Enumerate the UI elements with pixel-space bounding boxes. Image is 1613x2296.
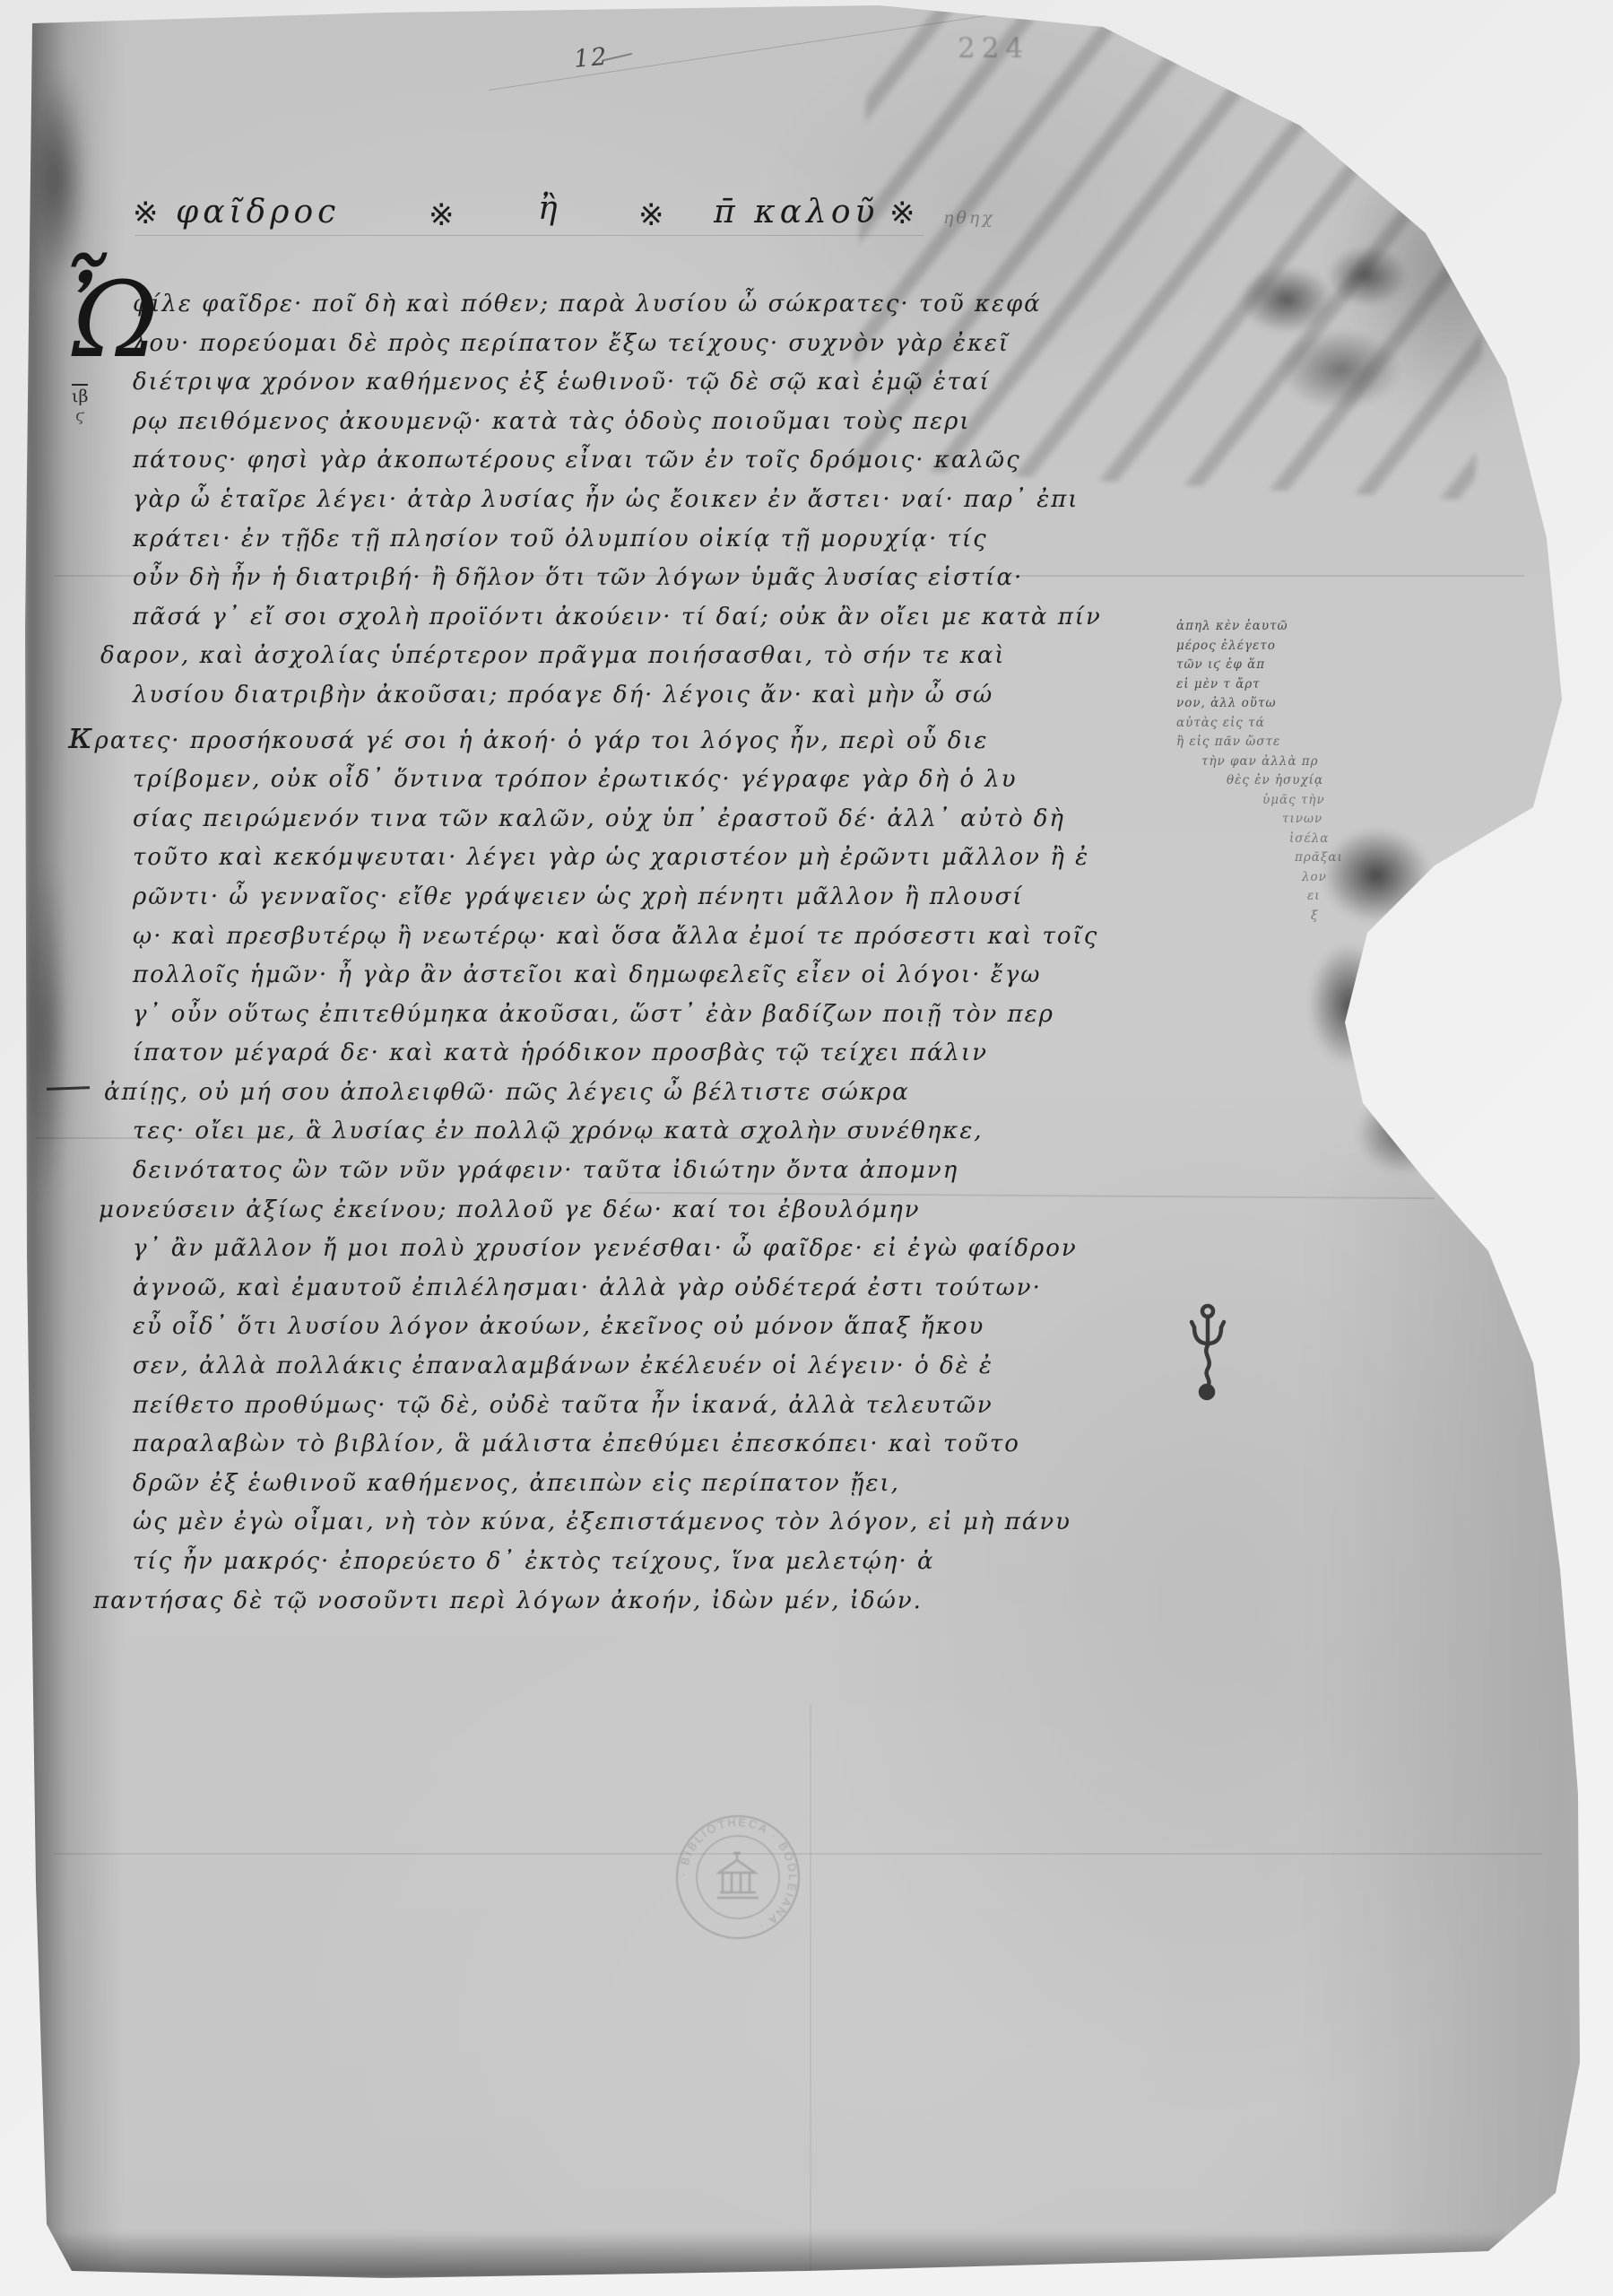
text-line: λου· πορεύομαι δὲ πρὸς περίπατον ἔξω τεί…	[56, 325, 1185, 364]
scholion-line: ἢ εἰς πᾶν ὥστε	[1176, 733, 1409, 752]
photo-background: 12 224 ※ φαῖδροϲ ※ ἢ ※ π̄ καλοῦ ※ ηθηχ ι…	[0, 0, 1613, 2296]
scholion-line: ἀπηλ κὲν ἑαυτῶ	[1176, 617, 1409, 637]
scholion-line: ξ	[1311, 907, 1409, 926]
text-line: πολλοῖς ἡμῶν· ἦ γὰρ ἂν ἀστεῖοι καὶ δημωφ…	[56, 956, 1185, 996]
decorated-initial-omega: Ὦ	[61, 276, 160, 366]
manuscript-page: 12 224 ※ φαῖδροϲ ※ ἢ ※ π̄ καλοῦ ※ ηθηχ ι…	[0, 0, 1613, 2296]
main-text-block: Ὦ φίλε φαῖδρε· ποῖ δὴ καὶ πόθεν; παρὰ λυ…	[56, 285, 1185, 1621]
crease-line	[810, 1704, 811, 2274]
text-line: γ᾽ οὖν οὕτως ἐπιτεθύμηκα ἀκοῦσαι, ὥστ᾽ ἐ…	[56, 996, 1185, 1035]
scholion-line: νον, ἀλλ οὕτω	[1176, 694, 1409, 714]
library-stamp: · BIBLIOTHECA · BODLEIANA ·	[671, 1810, 805, 1944]
text-line: ἀγνοῶ, καὶ ἐμαυτοῦ ἐπιλέλησμαι· ἀλλὰ γὰρ…	[56, 1269, 1185, 1309]
text-line: μονεύσειν ἀξίως ἐκείνου; πολλοῦ γε δέω· …	[56, 1191, 1185, 1231]
text-line: παντήσας δὲ τῷ νοσοῦντι περὶ λόγων ἀκοήν…	[56, 1582, 1185, 1622]
cross-ornament-icon: ※	[133, 196, 159, 231]
text-line: παραλαβὼν τὸ βιβλίον, ἃ μάλιστα ἐπεθύμει…	[56, 1425, 1185, 1465]
folio-number-pencil: 12	[573, 40, 635, 74]
text-line: πᾶσά γ᾽ εἴ σοι σχολὴ προϊόντι ἀκούειν· τ…	[56, 598, 1185, 638]
text-line: δαρον, καὶ ἀσχολίας ὑπέρτερον πρᾶγμα ποι…	[56, 637, 1185, 676]
scholion-line: θὲς ἐν ἡσυχίᾳ	[1227, 771, 1409, 791]
folio-number-value: 12	[573, 43, 610, 74]
text-line: λυσίου διατριβὴν ἀκοῦσαι; πρόαγε δή· λέγ…	[56, 676, 1185, 716]
text-line: τίς ἦν μακρός· ἐπορεύετο δ᾽ ἐκτὸς τείχου…	[56, 1543, 1185, 1582]
cross-ornament-icon: ※	[429, 197, 455, 233]
folio-number-stamped: 224	[958, 32, 1029, 65]
faded-annotation: ηθηχ	[943, 208, 995, 228]
text-line: τρίβομεν, οὐκ οἶδ᾽ ὅντινα τρόπον ἐρωτικό…	[56, 761, 1185, 800]
scholion-line: τινων	[1282, 810, 1409, 830]
scholion-line: εἰ μὲν τ ἄρτ	[1176, 675, 1409, 695]
scholion-line: πρᾶξαι	[1295, 848, 1409, 868]
text-line: δρῶν ἐξ ἑωθινοῦ καθήμενος, ἀπειπὼν εἰς π…	[56, 1465, 1185, 1504]
scholion-line: μέρος ἐλέγετο	[1176, 637, 1409, 657]
text-line: εὖ οἶδ᾽ ὅτι λυσίου λόγον ἀκούων, ἐκεῖνος…	[56, 1308, 1185, 1347]
text-line: ίπατον μέγαρά δε· καὶ κατὰ ἡρόδικον προσ…	[56, 1034, 1185, 1074]
edge-discoloration	[1318, 1166, 1605, 2287]
text-line: φίλε φαῖδρε· ποῖ δὴ καὶ πόθεν; παρὰ λυσί…	[56, 285, 1185, 325]
text-line: σεν, ἀλλὰ πολλάκις ἐπαναλαμβάνων ἐκέλευέ…	[56, 1347, 1185, 1387]
text-line: σίας πειρώμενόν τινα τῶν καλῶν, οὐχ ὑπ᾽ …	[56, 800, 1185, 839]
text-line: ἀπίῃς, οὐ μή σου ἀπολειφθῶ· πῶς λέγεις ὦ…	[56, 1074, 1185, 1113]
stamp-building-icon	[717, 1853, 759, 1898]
text-line: δεινότατος ὢν τῶν νῦν γράφειν· ταῦτα ἰδι…	[56, 1152, 1185, 1191]
title-word-phaidros: φαῖδροϲ	[176, 194, 340, 230]
scholion-line: τῶν ιϛ ἐφ ἅπ	[1176, 656, 1409, 675]
text-line: πείθετο προθύμως· τῷ δὲ, οὐδὲ ταῦτα ἦν ἱ…	[56, 1387, 1185, 1426]
bottom-edge-shadow	[54, 2231, 1506, 2280]
cross-ornament-icon: ※	[889, 196, 915, 231]
text-line: ρῳ πειθόμενος ἀκουμενῷ· κατὰ τὰς ὁδοὺς π…	[56, 403, 1185, 442]
scholion-line: ὑμᾶς τὴν	[1262, 791, 1409, 811]
text-line: πάτους· φησὶ γὰρ ἀκοπωτέρους εἶναι τῶν ἐ…	[56, 441, 1185, 481]
text-line: κράτει· ἐν τῇδε τῇ πλησίον τοῦ ὀλυμπίου …	[56, 520, 1185, 560]
edge-stain	[1309, 72, 1596, 457]
title-word-e: ἢ	[538, 190, 562, 227]
text-line: τοῦτο καὶ κεκόμψευται· λέγει γὰρ ὡς χαρι…	[56, 839, 1185, 878]
text-line: γ᾽ ἂν μᾶλλον ἤ μοι πολὺ χρυσίον γενέσθαι…	[56, 1230, 1185, 1269]
text-line: ῳ· καὶ πρεσβυτέρῳ ἢ νεωτέρῳ· καὶ ὅσα ἄλλ…	[56, 918, 1185, 957]
scholion-line: ἰσέλα	[1289, 830, 1409, 849]
scholion-line: αὐτὰς εἰς τά	[1176, 714, 1409, 734]
cross-ornament-icon: ※	[638, 197, 664, 233]
scholion-line: λον	[1302, 868, 1409, 888]
text-line: ρῶντι· ὦ γενναῖος· εἴθε γράψειεν ὡς χρὴ …	[56, 878, 1185, 918]
scholion-line: τὴν φαν ἀλλὰ πρ	[1201, 752, 1409, 772]
scholion-line: ει	[1307, 887, 1409, 907]
title-row: ※ φαῖδροϲ ※ ἢ ※ π̄ καλοῦ ※ ηθηχ	[0, 194, 1613, 248]
text-line: διέτριψα χρόνον καθήμενος ἐξ ἑωθινοῦ· τῷ…	[56, 363, 1185, 403]
text-line: γὰρ ὦ ἑταῖρε λέγει· ἀτὰρ λυσίας ἦν ὡς ἔο…	[56, 481, 1185, 520]
text-line: κρατες· προσήκουσά γέ σοι ἡ ἀκοή· ὁ γάρ …	[56, 716, 1185, 761]
text-line: οὖν δὴ ἦν ἡ διατριβή· ἢ δῆλον ὅτι τῶν λό…	[56, 559, 1185, 598]
text-line: ὡς μὲν ἐγὼ οἶμαι, νὴ τὸν κύνα, ἐξεπιστάμ…	[56, 1503, 1185, 1543]
title-word-peri-kalou: π̄ καλοῦ	[714, 194, 879, 230]
coronis-sign-icon	[1185, 1299, 1230, 1406]
marginal-scholion: ἀπηλ κὲν ἑαυτῶ μέρος ἐλέγετο τῶν ιϛ ἐφ ἅ…	[1176, 617, 1409, 926]
text-line: τες· οἴει με, ἃ λυσίας ἐν πολλῷ χρόνῳ κα…	[56, 1112, 1185, 1152]
